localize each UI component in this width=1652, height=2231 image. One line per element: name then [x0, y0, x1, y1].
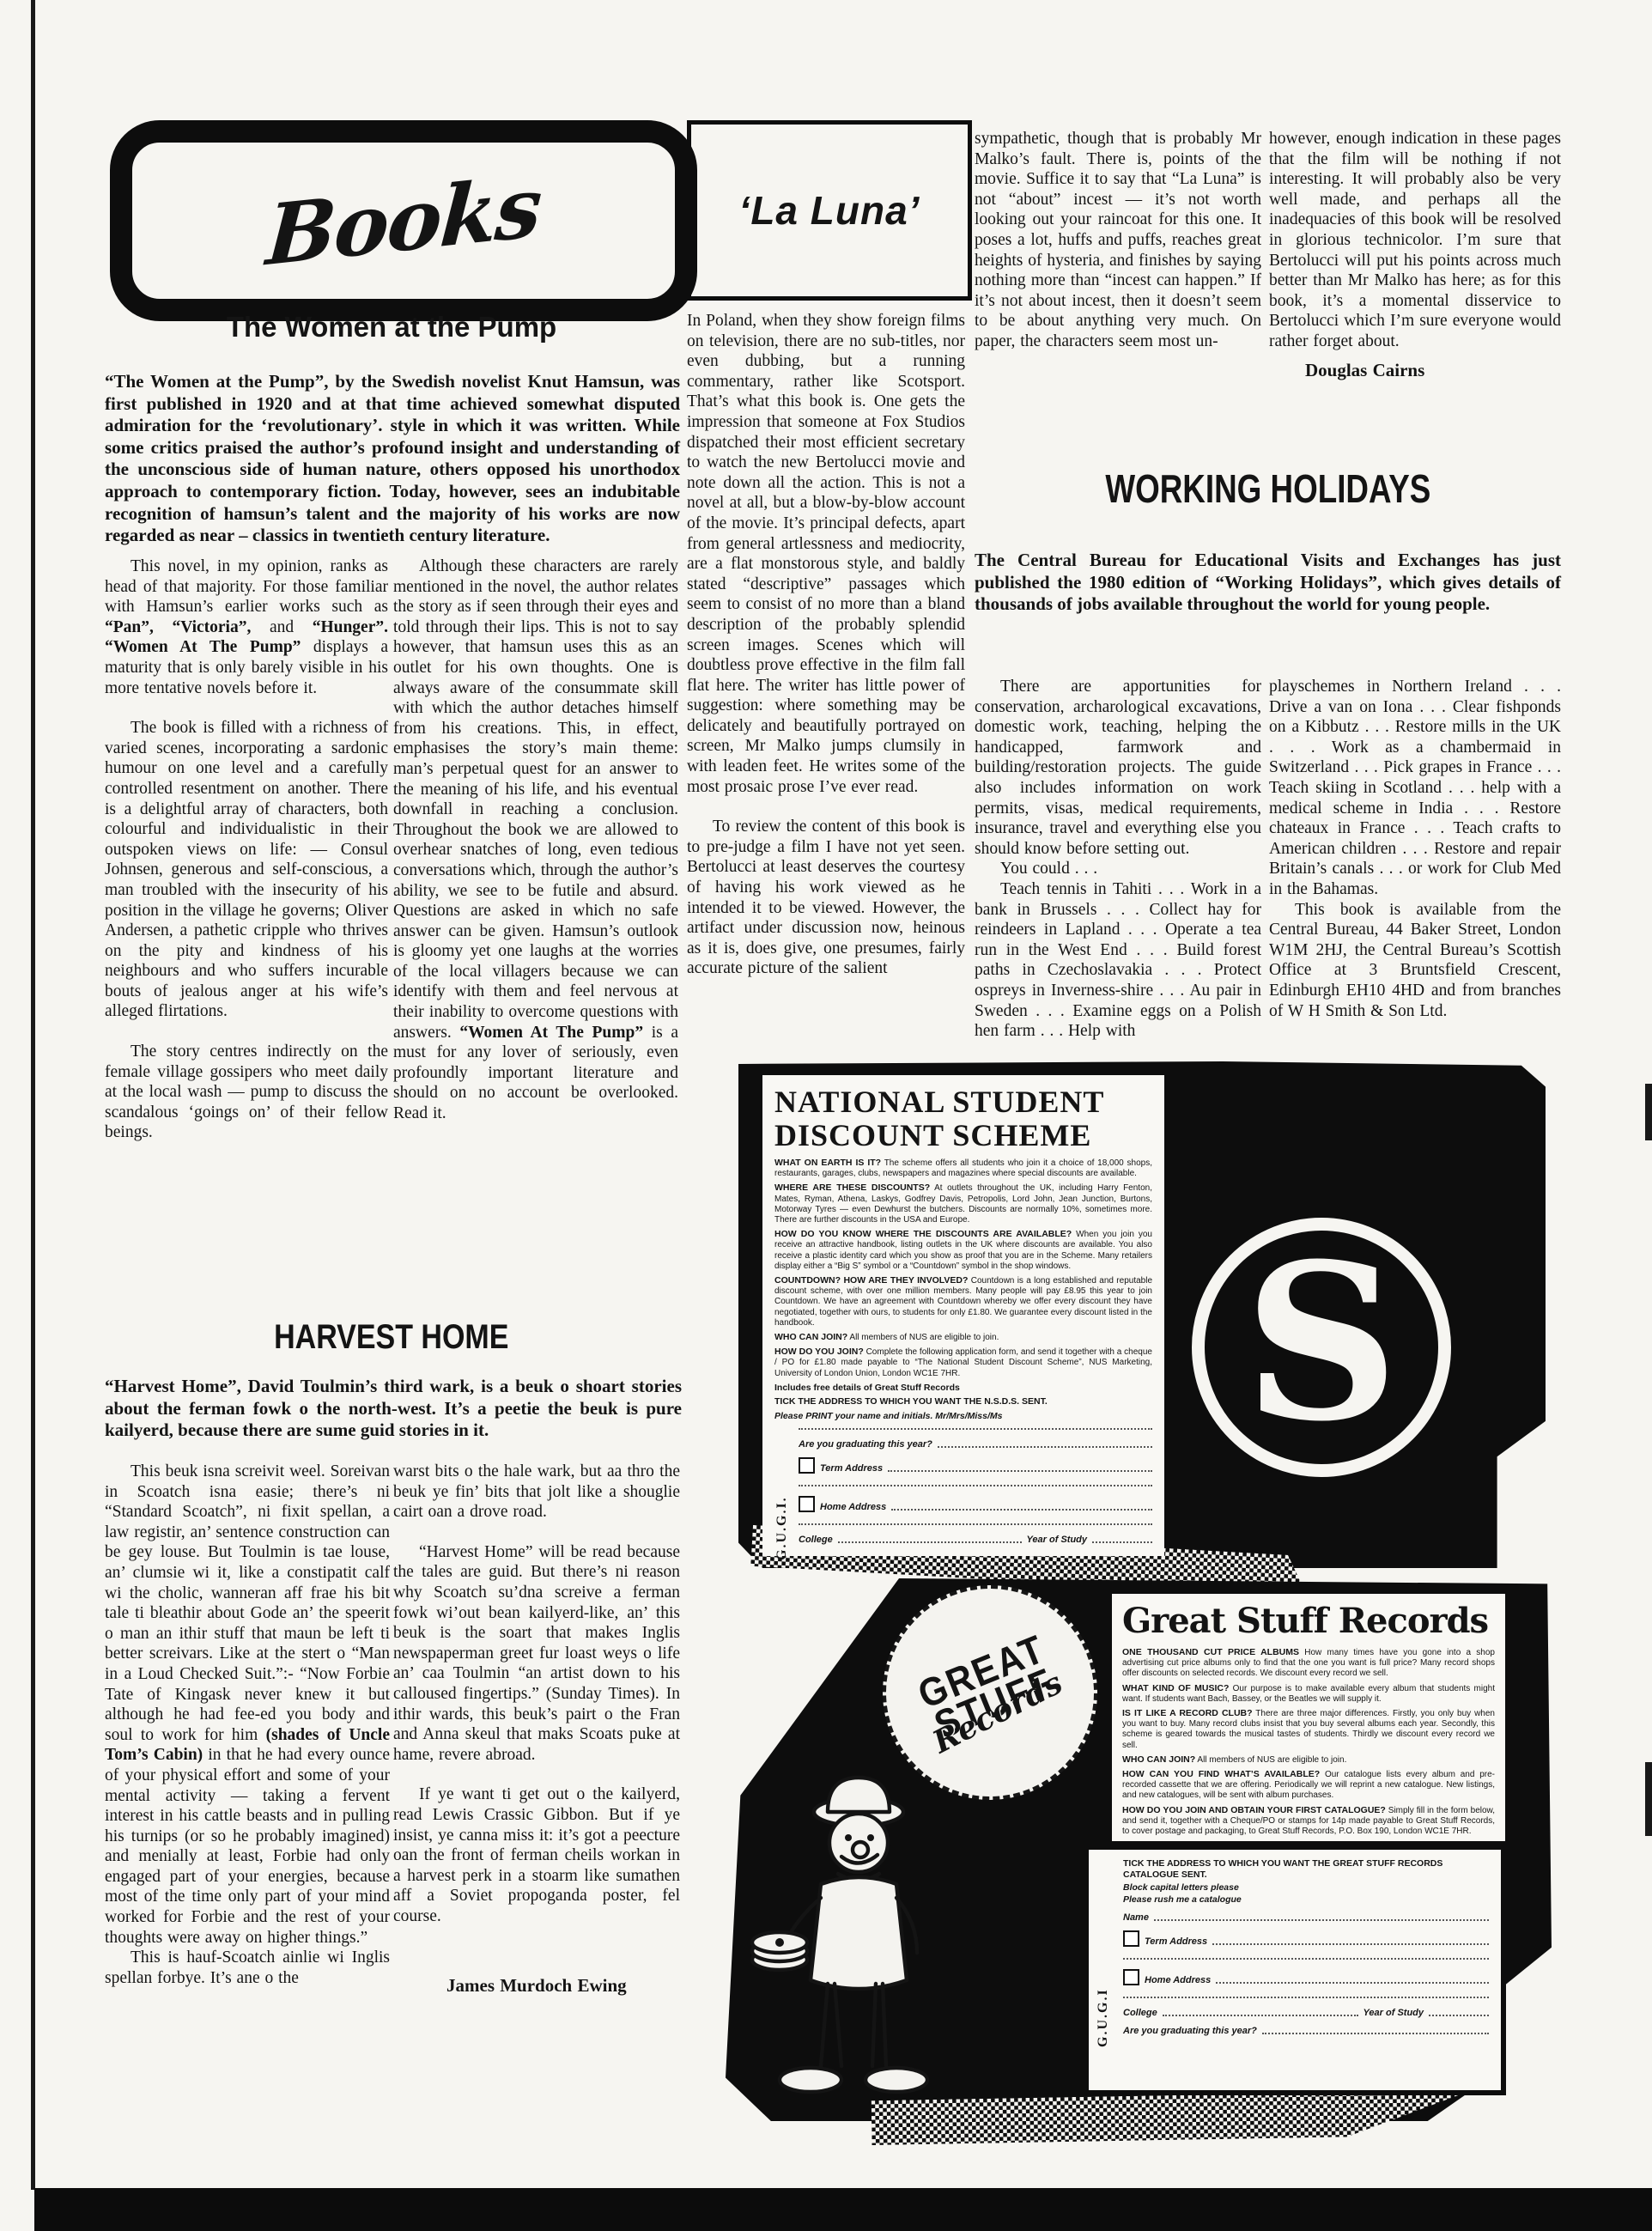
write-in-line[interactable]	[799, 1520, 1152, 1525]
nsds-print-note: Please PRINT your name and initials. Mr/…	[774, 1411, 1152, 1421]
paragraph: This book is available from the Central …	[1269, 900, 1561, 1022]
newspaper-page: Books The Women at the Pump “The Women a…	[0, 0, 1652, 2231]
harvest-home-title: HARVEST HOME	[103, 1318, 680, 1357]
scan-edge-line	[31, 0, 35, 2190]
gsr-dot-line[interactable]	[1123, 1993, 1489, 2000]
nsds-ad-panel: NATIONAL STUDENT DISCOUNT SCHEME WHAT ON…	[762, 1075, 1164, 1556]
paragraph: To review the content of this book is to…	[687, 817, 965, 979]
nsds-dot-line[interactable]	[799, 1481, 1152, 1488]
working-column-1: There are apportunities for conservation…	[975, 677, 1261, 1042]
paragraph: There are apportunities for conservation…	[975, 677, 1261, 859]
paragraph: playschemes in Northern Ireland . . . Dr…	[1269, 677, 1561, 900]
paragraph: In Poland, when they show foreign films …	[687, 311, 965, 797]
working-holidays-intro: The Central Bureau for Educational Visit…	[975, 550, 1561, 616]
clown-illustration	[738, 1760, 970, 2104]
women-article-title: The Women at the Pump	[103, 311, 680, 343]
gsr-section: WHO CAN JOIN? All members of NUS are eli…	[1122, 1754, 1495, 1766]
write-in-line[interactable]	[838, 1538, 1022, 1543]
big-s-letter: S	[1244, 1235, 1400, 1450]
gsr-form: G.U.G.I TICK THE ADDRESS TO WHICH YOU WA…	[1097, 1858, 1489, 2082]
nsds-dot-line[interactable]	[799, 1520, 1152, 1527]
gsr-dot-line[interactable]	[1123, 1954, 1489, 1961]
nsds-section: WHERE ARE THESE DISCOUNTS? At outlets th…	[774, 1182, 1152, 1225]
gsr-grad-row: Are you graduating this year?	[1123, 2026, 1489, 2036]
big-s-logo: S	[1192, 1218, 1451, 1477]
write-in-line[interactable]	[1123, 1954, 1489, 1960]
paragraph: The book is filled with a richness of va…	[105, 718, 388, 1022]
paragraph: sympathetic, though that is probably Mr …	[975, 129, 1261, 352]
write-in-line[interactable]	[938, 1443, 1152, 1448]
nsds-section: WHO CAN JOIN? All members of NUS are eli…	[774, 1332, 1152, 1343]
write-in-line[interactable]	[1262, 2029, 1489, 2034]
nsds-section: COUNTDOWN? HOW ARE THEY INVOLVED? Countd…	[774, 1275, 1152, 1328]
nsds-org-label: G.U.G.I.	[774, 1449, 790, 1560]
paragraph: You could . . .	[975, 859, 1261, 879]
gsr-college-row: College Year of Study	[1123, 2008, 1489, 2018]
paragraph: Although these characters are rarely men…	[393, 556, 678, 1124]
scan-mark	[1645, 1084, 1652, 1140]
nsds-section: HOW DO YOU KNOW WHERE THE DISCOUNTS ARE …	[774, 1229, 1152, 1272]
nsds-college-row: College Year of Study	[799, 1535, 1152, 1545]
laluna-column-b: however, enough indication in these page…	[1269, 129, 1561, 380]
write-in-line[interactable]	[1163, 2011, 1358, 2016]
paragraph: The story centres indirectly on the fema…	[105, 1042, 388, 1143]
women-column-2: Although these characters are rarely men…	[393, 556, 678, 1144]
women-column-1: This novel, in my opinion, ranks as head…	[105, 556, 388, 1163]
nsds-title-line2: DISCOUNT SCHEME	[774, 1119, 1152, 1152]
gsr-section: HOW CAN YOU FIND WHAT’S AVAILABLE? Our c…	[1122, 1769, 1495, 1802]
laluna-byline: Douglas Cairns	[1305, 361, 1561, 381]
paragraph: This beuk isna screivit weel. Soreivan i…	[105, 1462, 390, 1948]
nsds-tick-note: TICK THE ADDRESS TO WHICH YOU WANT THE N…	[774, 1396, 1152, 1407]
laluna-column-a: sympathetic, though that is probably Mr …	[975, 129, 1261, 372]
write-in-line[interactable]	[799, 1425, 1152, 1430]
harvest-column-2: warst bits o the hale wark, but aa thro …	[393, 1462, 680, 1997]
home-address-checkbox[interactable]	[1123, 1969, 1139, 1985]
write-in-line[interactable]	[888, 1467, 1152, 1472]
nsds-title-line1: NATIONAL STUDENT	[774, 1085, 1152, 1119]
harvest-column-1: This beuk isna screivit weel. Soreivan i…	[105, 1462, 390, 1988]
write-in-line[interactable]	[799, 1481, 1152, 1486]
term-address-checkbox[interactable]	[1123, 1930, 1139, 1947]
write-in-line[interactable]	[1429, 2011, 1489, 2016]
laluna-article-title: ‘La Luna’	[739, 187, 920, 234]
scan-bottom-bar	[34, 2188, 1652, 2231]
gsr-rush-note: Please rush me a catalogue	[1123, 1894, 1489, 1905]
nsds-form: G.U.G.I. Are you graduating this year? T…	[774, 1425, 1152, 1545]
write-in-line[interactable]	[1092, 1538, 1152, 1543]
gsr-name-row: Name	[1123, 1912, 1489, 1923]
write-in-line[interactable]	[1216, 1979, 1489, 1984]
nsds-name-line[interactable]	[799, 1425, 1152, 1432]
write-in-line[interactable]	[891, 1505, 1152, 1511]
harvest-home-intro: “Harvest Home”, David Toulmin’s third wa…	[105, 1376, 682, 1442]
nsds-home-row: Home Address	[799, 1496, 1152, 1512]
working-column-2: playschemes in Northern Ireland . . . Dr…	[1269, 677, 1561, 1021]
harvest-byline: James Murdoch Ewing	[446, 1976, 680, 1997]
gsr-org-label: G.U.G.I	[1096, 1910, 1111, 2047]
gsr-term-row: Term Address	[1123, 1930, 1489, 1947]
paragraph: This novel, in my opinion, ranks as head…	[105, 556, 388, 698]
gsr-tick-note: TICK THE ADDRESS TO WHICH YOU WANT THE G…	[1123, 1858, 1489, 1880]
gsr-form-panel: G.U.G.I TICK THE ADDRESS TO WHICH YOU WA…	[1084, 1845, 1506, 2095]
gsr-section: WHAT KIND OF MUSIC? Our purpose is to ma…	[1122, 1683, 1495, 1705]
paragraph: however, enough indication in these page…	[1269, 129, 1561, 352]
working-holidays-title: WORKING HOLIDAYS	[975, 465, 1561, 512]
paragraph: Teach tennis in Tahiti . . . Work in a b…	[975, 879, 1261, 1042]
write-in-line[interactable]	[1123, 1993, 1489, 1998]
home-address-checkbox[interactable]	[799, 1496, 815, 1512]
write-in-line[interactable]	[1212, 1940, 1489, 1945]
gsr-ad-panel: Great Stuff Records ONE THOUSAND CUT PRI…	[1112, 1594, 1505, 1841]
nsds-section: HOW DO YOU JOIN? Complete the following …	[774, 1347, 1152, 1379]
write-in-line[interactable]	[1154, 1916, 1489, 1921]
term-address-checkbox[interactable]	[799, 1457, 815, 1474]
nsds-section: WHAT ON EARTH IS IT? The scheme offers a…	[774, 1158, 1152, 1179]
nsds-grad-row: Are you graduating this year?	[799, 1439, 1152, 1450]
paragraph: This is hauf-Scoatch ainlie wi Inglis sp…	[105, 1948, 390, 1988]
gsr-section: ONE THOUSAND CUT PRICE ALBUMS How many t…	[1122, 1647, 1495, 1680]
paragraph: If ye want ti get out o the kailyerd, re…	[393, 1784, 680, 1926]
laluna-title-box: ‘La Luna’	[687, 120, 972, 301]
women-article-intro: “The Women at the Pump”, by the Swedish …	[105, 371, 680, 547]
paragraph: warst bits o the hale wark, but aa thro …	[393, 1462, 680, 1523]
books-section-logo: Books	[110, 120, 697, 321]
nsds-includes-note: Includes free details of Great Stuff Rec…	[774, 1383, 1152, 1394]
gsr-section: HOW DO YOU JOIN AND OBTAIN YOUR FIRST CA…	[1122, 1805, 1495, 1838]
gsr-block-note: Block capital letters please	[1123, 1882, 1489, 1893]
gsr-title: Great Stuff Records	[1122, 1602, 1495, 1640]
scan-mark	[1645, 1762, 1652, 1836]
books-logo-text: Books	[264, 157, 544, 284]
gsr-home-row: Home Address	[1123, 1969, 1489, 1985]
laluna-column: In Poland, when they show foreign films …	[687, 311, 965, 999]
nsds-term-row: Term Address	[799, 1457, 1152, 1474]
gsr-section: IS IT LIKE A RECORD CLUB? There are thre…	[1122, 1708, 1495, 1751]
paragraph: “Harvest Home” will be read because the …	[393, 1542, 680, 1766]
